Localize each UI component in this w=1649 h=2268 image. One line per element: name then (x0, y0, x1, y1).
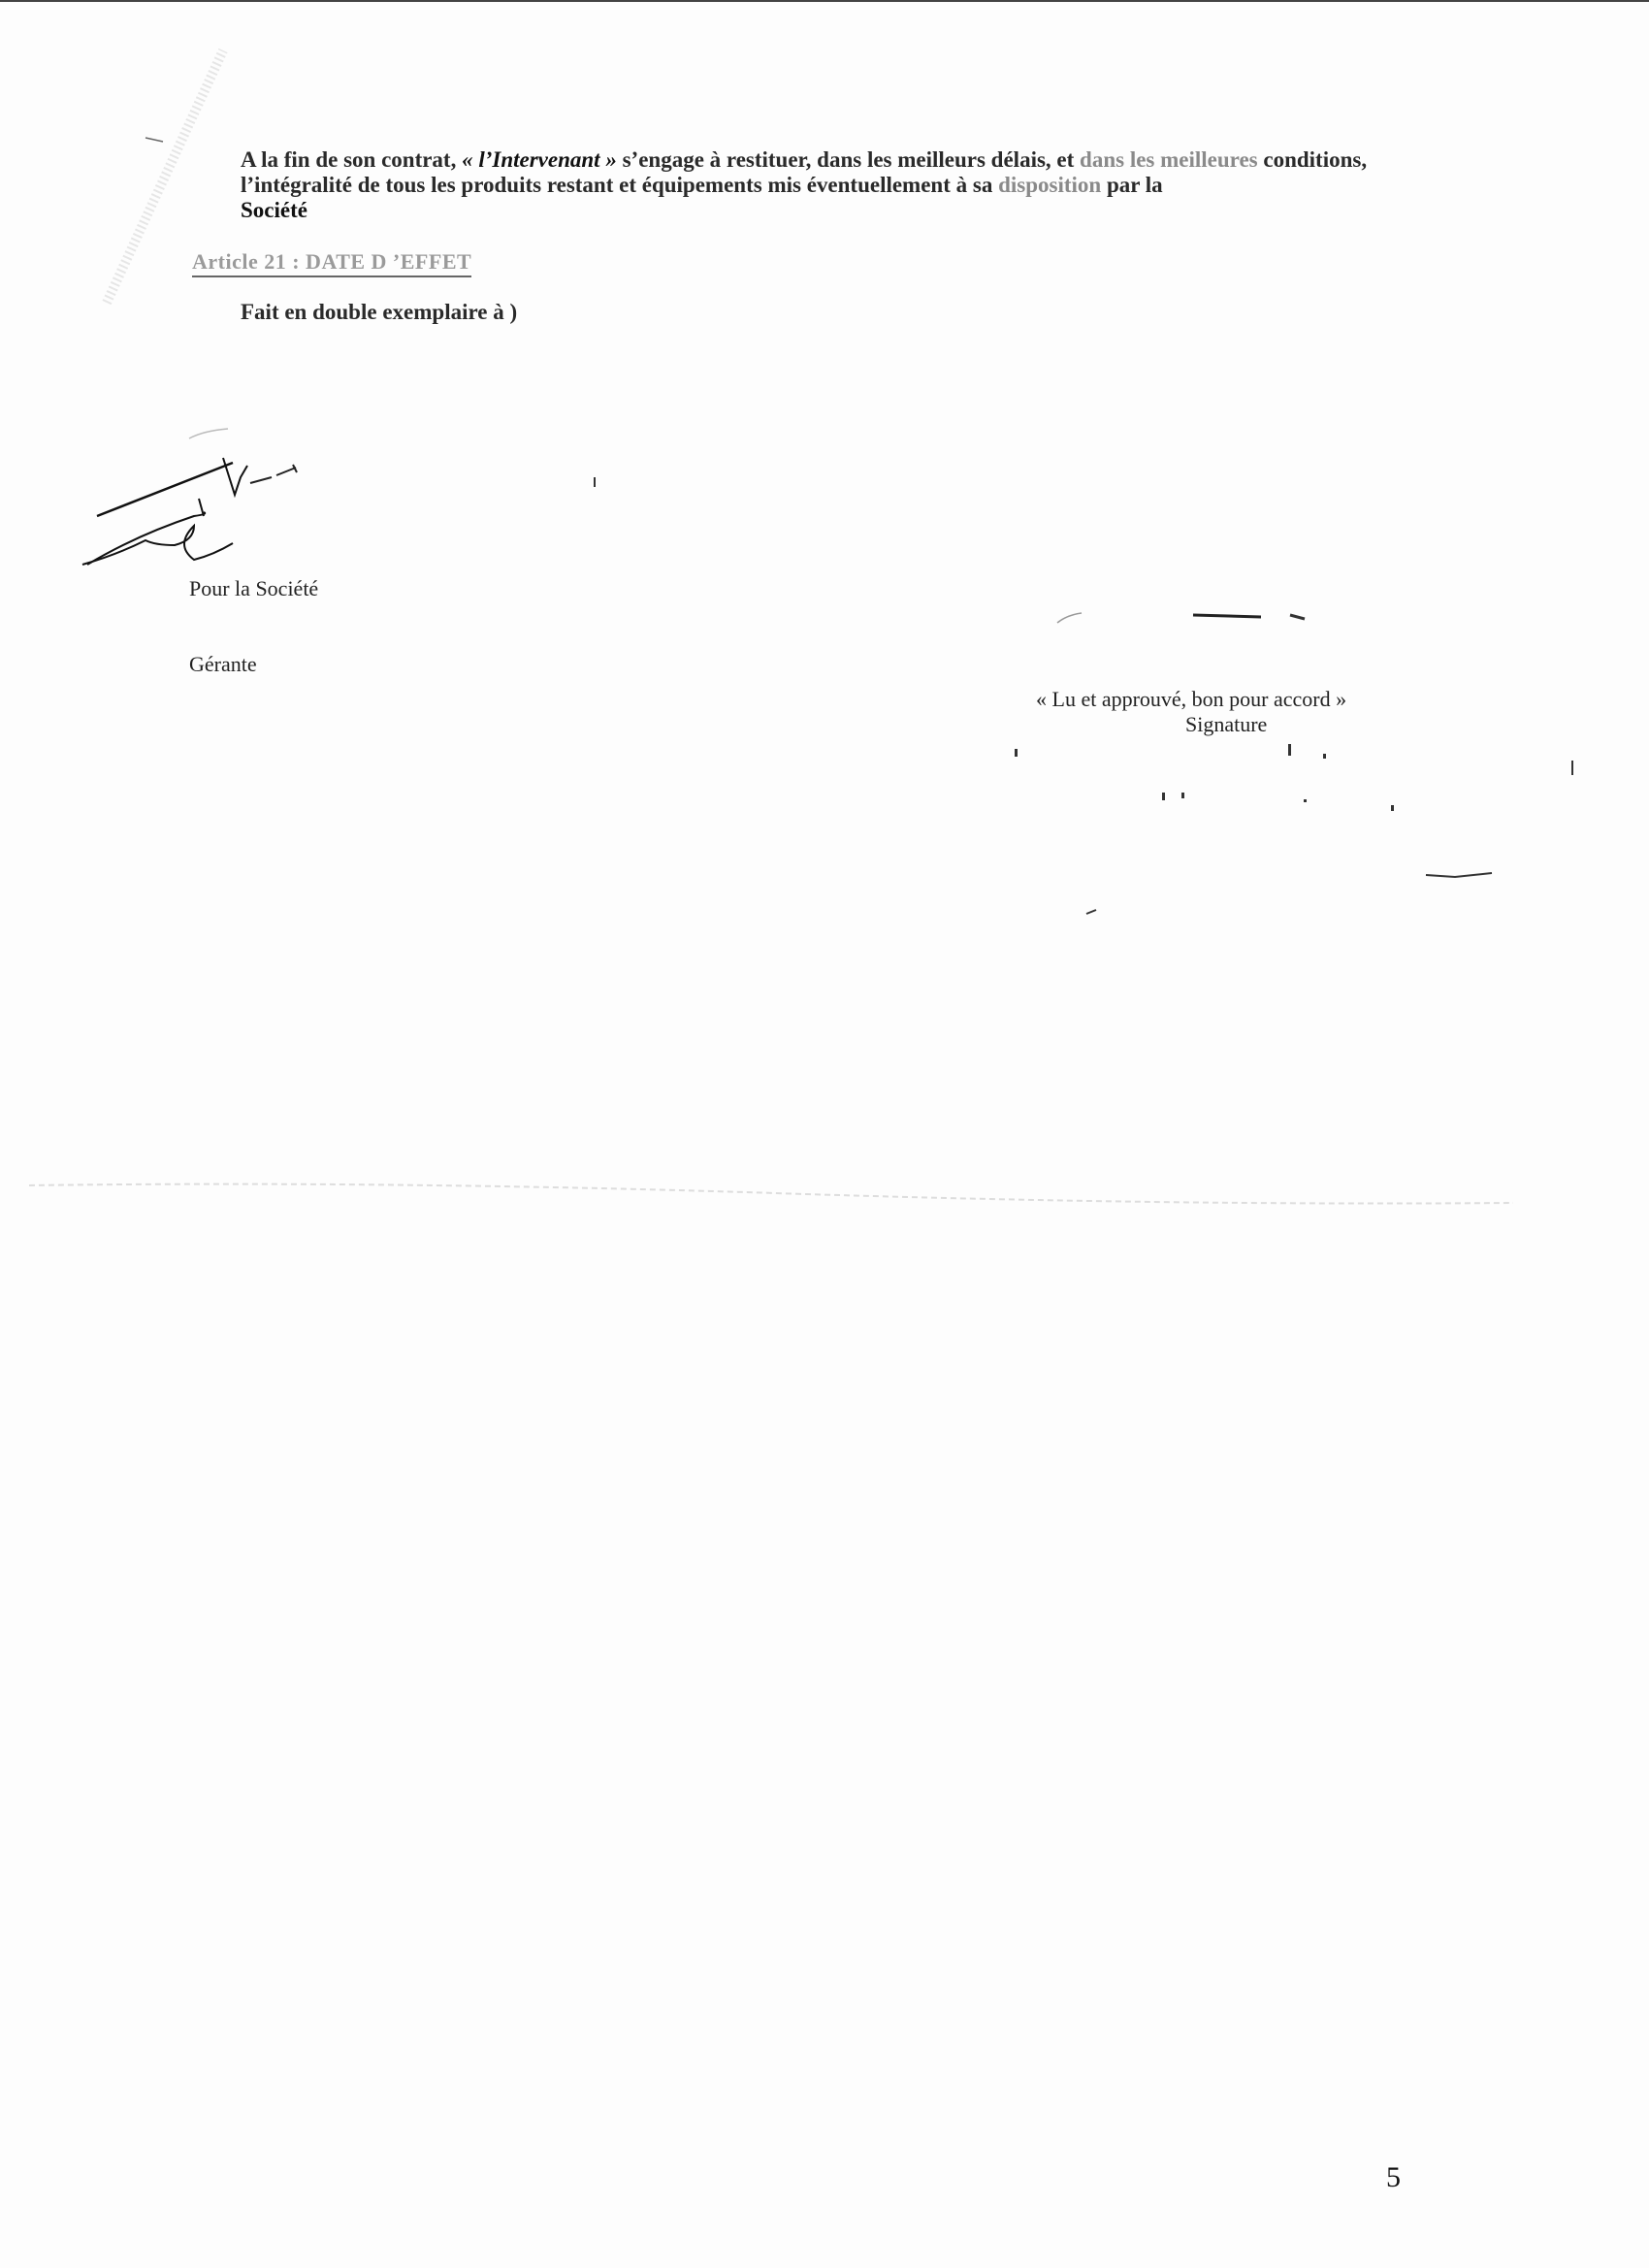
scan-artifacts-icon (0, 2, 1649, 2268)
page-number: 5 (1386, 2161, 1401, 2194)
